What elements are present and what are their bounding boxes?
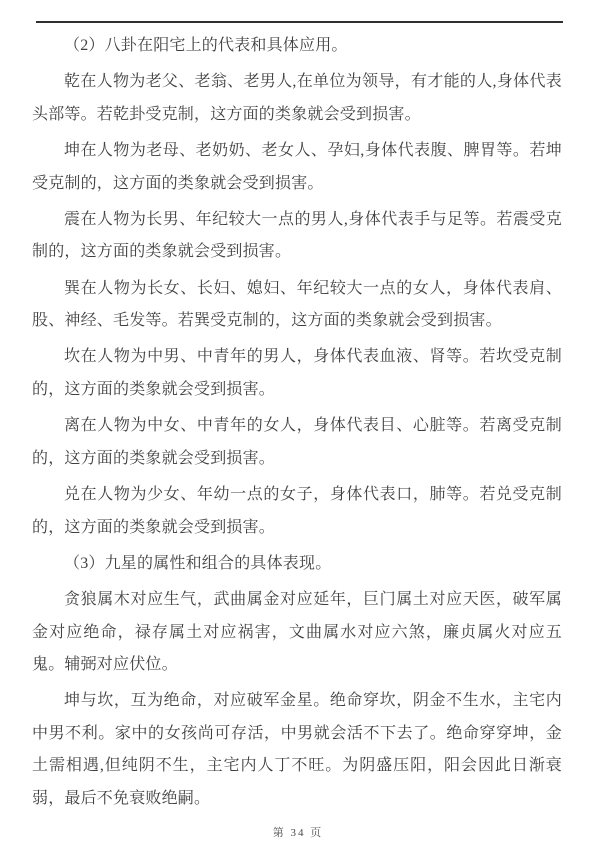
paragraph-kun: 坤在人物为老母、老奶奶、老女人、孕妇,身体代表腹、脾胃等。若坤受克制的，这方面的… xyxy=(32,135,562,200)
paragraph-kun-kan: 坤与坎，互为绝命，对应破军金星。绝命穿坎，阴金不生水，主宅内中男不利。家中的女孩… xyxy=(32,685,562,815)
section-heading-3: （3）九星的属性和组合的具体表现。 xyxy=(32,548,562,581)
page-content: （2）八卦在阳宅上的代表和具体应用。 乾在人物为老父、老翁、老男人,在单位为领导… xyxy=(32,30,562,819)
page-footer: 第 34 页 xyxy=(0,823,596,841)
paragraph-li: 离在人物为中女、中青年的女人，身体代表目、心脏等。若离受克制的，这方面的类象就会… xyxy=(32,410,562,475)
section-heading-2: （2）八卦在阳宅上的代表和具体应用。 xyxy=(32,30,562,63)
page-number: 第 34 页 xyxy=(273,827,324,839)
document-page: （2）八卦在阳宅上的代表和具体应用。 乾在人物为老父、老翁、老男人,在单位为领导… xyxy=(0,0,596,854)
paragraph-qian: 乾在人物为老父、老翁、老男人,在单位为领导，有才能的人,身体代表头部等。若乾卦受… xyxy=(32,66,562,131)
header-rule xyxy=(36,21,563,23)
paragraph-zhen: 震在人物为长男、年纪较大一点的男人,身体代表手与足等。若震受克制的，这方面的类象… xyxy=(32,204,562,269)
paragraph-kan: 坎在人物为中男、中青年的男人，身体代表血液、肾等。若坎受克制的，这方面的类象就会… xyxy=(32,341,562,406)
paragraph-dui: 兑在人物为少女、年幼一点的女子，身体代表口，肺等。若兑受克制的，这方面的类象就会… xyxy=(32,479,562,544)
paragraph-xun: 巽在人物为长女、长妇、媳妇、年纪较大一点的女人，身体代表肩、股、神经、毛发等。若… xyxy=(32,273,562,338)
paragraph-nine-stars: 贪狼属木对应生气，武曲属金对应延年，巨门属土对应天医，破军属金对应绝命，禄存属土… xyxy=(32,584,562,682)
